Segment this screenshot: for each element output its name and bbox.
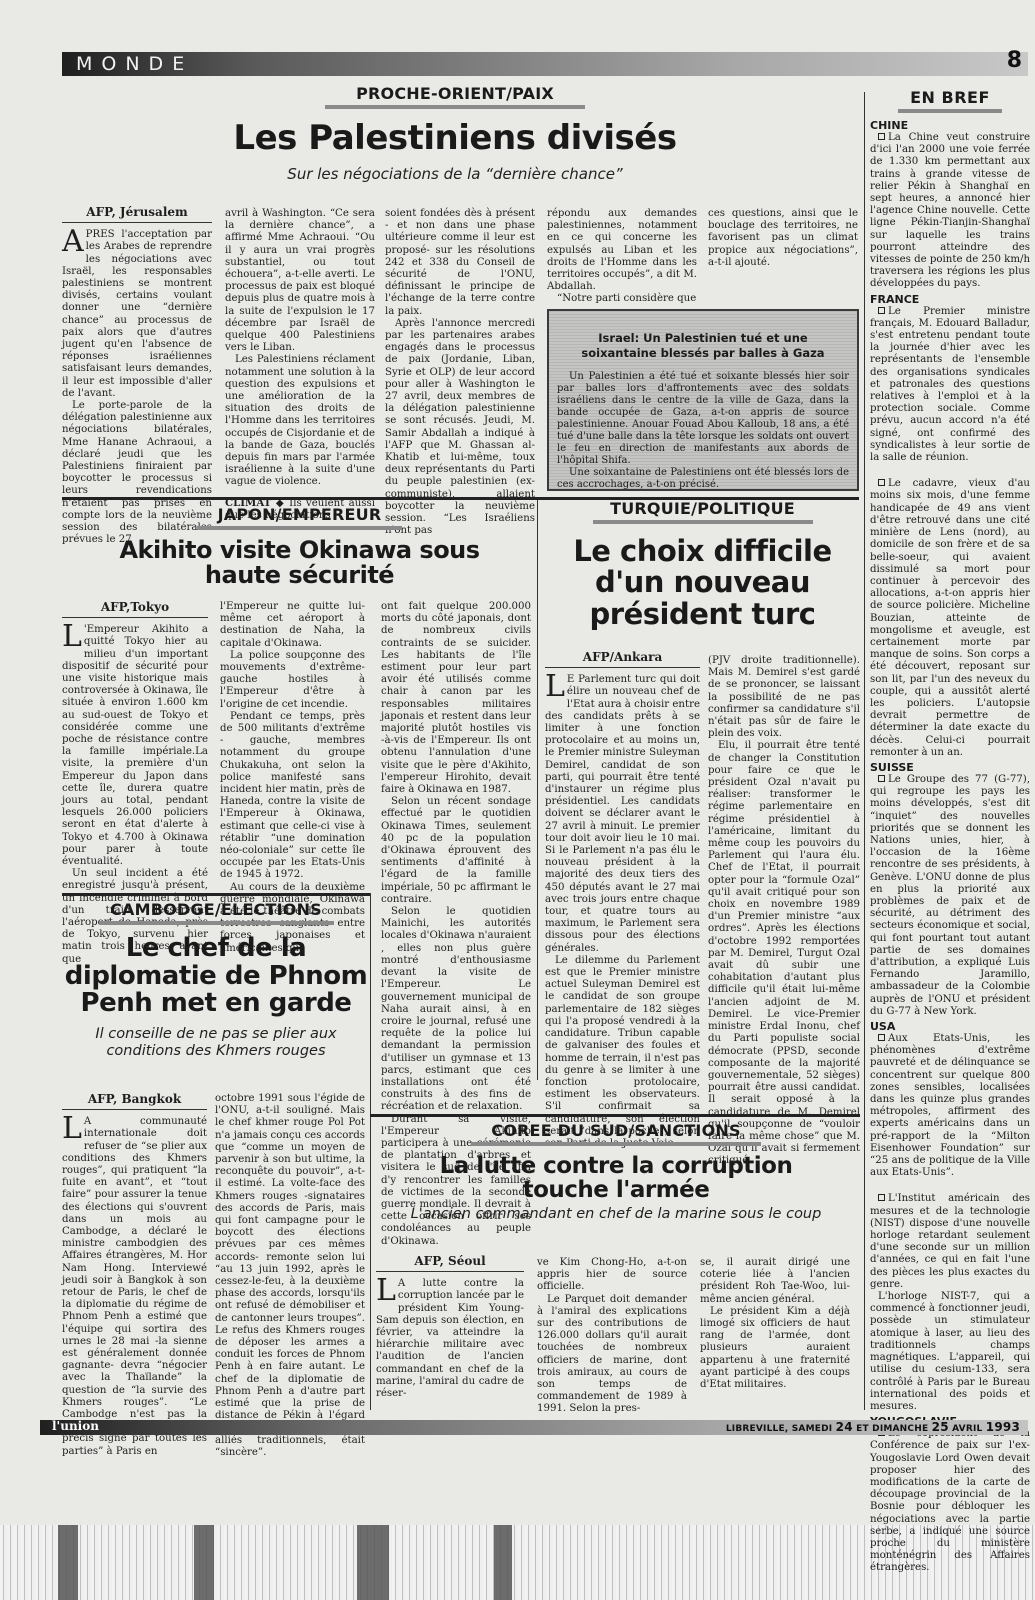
divider [537,500,538,1080]
byline: AFP/Ankara [545,651,700,668]
headline: Le choix difficile d'un nouveau présiden… [545,536,860,630]
divider [370,1080,371,1410]
article-column: se, il aurait dirigé une coterie liée à … [700,1257,850,1391]
brief-text: Aux Etats-Unis, les phénomènes d'extrême… [870,1033,1030,1178]
paragraph: A lutte contre la corruption lancée par … [376,1278,524,1399]
dropcap: A [62,230,84,254]
article-column: AFP, Bangkok LA communauté international… [62,1093,207,1458]
kicker-underline [898,109,1002,113]
headline: Akihito visite Okinawa sous haute sécuri… [62,538,537,588]
paragraph: se, il aurait dirigé une coterie liée à … [700,1257,850,1306]
article-column: AFP, Séoul LA lutte contre la corruption… [376,1255,524,1400]
scan-artifact [357,1525,389,1600]
paragraph: La police soupçonne des mouvements d'ext… [220,650,365,711]
kicker: CAMBODGE/ELECTIONS [62,900,370,919]
article-column: ve Kim Chong-Ho, a-t-on appris hier de s… [537,1257,687,1416]
kicker-underline [325,105,585,109]
checkbox-icon [878,307,885,314]
paragraph: “Notre parti considère que [547,293,697,305]
brief-category: FRANCE [870,293,1030,306]
date-text: LIBREVILLE, SAMEDI [726,1424,832,1434]
article-column: répondu aux demandes palestiniennes, not… [547,208,697,306]
kicker: JAPON/EMPEREUR [62,505,537,524]
box-title: Israel: Un Palestinien tué et une soixan… [559,331,847,361]
dropcap: L [62,625,82,649]
paragraph: soient fondées dès à présent - et non da… [385,208,535,318]
brief-text: Le cadavre, vieux d'au moins six mois, d… [870,478,1030,757]
paragraph: l'Empereur ne quitte lui-même cet aéropo… [220,601,365,650]
scan-artifact [194,1525,214,1600]
paragraph: Une soixantaine de Palestiniens ont été … [557,467,849,491]
date-year: 1993 [986,1420,1020,1434]
footer-bar: l'union LIBREVILLE, SAMEDI 24 ET DIMANCH… [40,1420,1028,1435]
byline: AFP, Bangkok [62,1093,207,1110]
page-number: 8 [1007,48,1022,73]
article-column: AFP/Ankara LE Parlement turc qui doit él… [545,651,700,1150]
article-column: (PJV droite traditionnelle). Mais M. Dem… [708,655,860,1168]
brief-text: L'Institut américain des mesures et de l… [870,1193,1030,1289]
article-column: soient fondées dès à présent - et non da… [385,208,535,537]
scan-artifact [58,1525,78,1600]
paragraph: Elu, il pourrait être tenté de changer l… [708,740,860,1167]
article-proche-orient-header: PROCHE-ORIENT/PAIX Les Palestiniens divi… [230,84,680,183]
article-column: AFP, Jérusalem APRES l'acceptation par l… [62,206,212,546]
dropcap: L [545,675,565,699]
paragraph: Le Parquet doit demander à l'amiral des … [537,1294,687,1416]
dropcap: L [62,1117,82,1141]
paragraph: Selon le quotidien Mainichi, les autorit… [381,906,531,1113]
kicker-underline [99,921,334,925]
brief-text: Le Groupe des 77 (G-77), qui regroupe le… [870,774,1030,1017]
paragraph: répondu aux demandes palestiniennes, not… [547,208,697,293]
headline: Le chef de la diplomatie de Phnom Penh m… [62,935,370,1018]
kicker-underline [471,1142,761,1146]
article-column: ces questions, ainsi que le bouclage des… [708,208,858,269]
paragraph: Les Palestiniens réclament notamment une… [225,354,375,488]
checkbox-icon [878,479,885,486]
sidebar-box-gaza: Israel: Un Palestinien tué et une soixan… [547,309,859,491]
paragraph: 'Empereur Akihito a quitté Tokyo hier au… [62,624,208,867]
kicker: COREE DU SUD/SANCTIONS [372,1121,860,1140]
paragraph: Selon un récent sondage effectué par le … [381,796,531,906]
section-header: MONDE 8 [62,52,1028,76]
kicker: TURQUIE/POLITIQUE [545,499,860,518]
divider [370,1114,860,1117]
paragraph: (PJV droite traditionnelle). Mais M. Dem… [708,655,860,740]
brief-category: SUISSE [870,761,1030,774]
newspaper-brand: l'union [52,1419,99,1433]
date-day: 25 [932,1420,949,1434]
kicker-underline [197,526,402,530]
article-coree-header: COREE DU SUD/SANCTIONS La lutte contre l… [372,1121,860,1222]
date-text: AVRIL [952,1424,982,1434]
paragraph: Pendant ce temps, près de 500 militants … [220,711,365,882]
byline: AFP, Séoul [376,1255,524,1272]
brief-text: L'horloge NIST-7, qui a commencé à fonct… [870,1291,1030,1413]
article-cambodge-header: CAMBODGE/ELECTIONS Le chef de la diploma… [62,900,370,1060]
paragraph: A communauté internationale doit refuser… [62,1116,207,1456]
deck: Il conseille de ne pas se plier aux cond… [62,1026,370,1061]
brief-text: La Chine veut construire d'ici l'an 2000… [870,132,1030,289]
headline: La lutte contre la corruption touche l'a… [372,1154,860,1202]
en-bref-column: EN BREF CHINE La Chine veut construire d… [870,88,1030,1575]
paragraph: Le président Kim a déjà limogé six offic… [700,1306,850,1391]
checkbox-icon [878,133,885,140]
divider [864,92,865,1410]
date-day: 24 [836,1420,853,1434]
checkbox-icon [878,775,885,782]
en-bref-title: EN BREF [870,88,1030,107]
deck: L'ancien commandant en chef de la marine… [372,1206,860,1222]
divider [62,893,370,896]
brief-category: CHINE [870,119,1030,132]
brief-category: USA [870,1020,1030,1033]
paragraph: PRES l'acceptation par les Arabes de rep… [62,229,212,399]
divider [370,893,371,1083]
kicker: PROCHE-ORIENT/PAIX [230,84,680,103]
article-japon-header: JAPON/EMPEREUR Akihito visite Okinawa so… [62,505,537,588]
section-label: MONDE [76,52,193,76]
date-text: ET DIMANCHE [856,1424,928,1434]
brief-text: Le Premier ministre français, M. Edouard… [870,306,1030,463]
paragraph: Un Palestinien a été tué et soixante ble… [557,371,849,467]
byline: AFP,Tokyo [62,601,208,618]
headline: Les Palestiniens divisés [230,121,680,157]
dropcap: L [376,1279,396,1303]
article-column: avril à Washington. “Ce sera la dernière… [225,208,375,522]
brief-text: Le coprésident de la Conférence de paix … [870,1428,1030,1573]
article-turquie-header: TURQUIE/POLITIQUE Le choix difficile d'u… [545,499,860,630]
checkbox-icon [878,1194,885,1201]
article-column: octobre 1991 sous l'égide de l'ONU, a-t-… [215,1093,365,1459]
checkbox-icon [878,1034,885,1041]
byline: AFP, Jérusalem [62,206,212,223]
paragraph: ont fait quelque 200.000 morts du côté j… [381,601,531,796]
paragraph: avril à Washington. “Ce sera la dernière… [225,208,375,354]
issue-date: LIBREVILLE, SAMEDI 24 ET DIMANCHE 25 AVR… [726,1420,1020,1434]
deck: Sur les négociations de la “dernière cha… [230,165,680,183]
scan-artifact [494,1525,512,1600]
paragraph: ve Kim Chong-Ho, a-t-on appris hier de s… [537,1257,687,1294]
paragraph: E Parlement turc qui doit élire un nouve… [545,674,700,953]
paragraph: octobre 1991 sous l'égide de l'ONU, a-t-… [215,1093,365,1459]
kicker-underline [593,520,813,524]
paragraph: ces questions, ainsi que le bouclage des… [708,208,858,269]
